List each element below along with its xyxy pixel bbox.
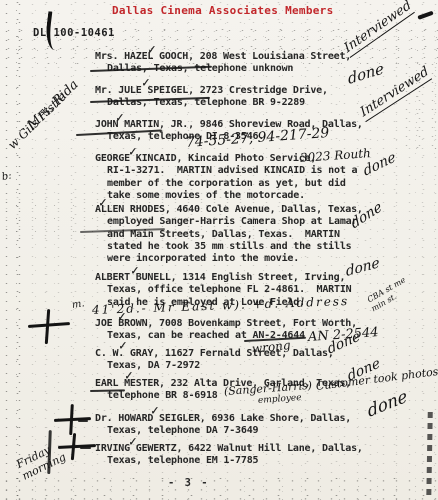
member-entry-rhodes: ALLEN RHODES, 4640 Cole Avenue, Dallas, … <box>95 204 363 265</box>
entry-line: Texas, telephone DA 7-3649 <box>107 425 351 437</box>
handwritten-done-note: done <box>347 59 385 88</box>
handwritten-margin-mark: m. <box>71 298 85 311</box>
check-mark-icon: ✓ <box>97 197 107 209</box>
handwritten-margin-mark: b: <box>1 170 13 183</box>
check-mark-icon: ✓ <box>114 112 124 124</box>
page-title: Dallas Cinema Associates Members <box>112 4 334 17</box>
pen-dash-mark <box>78 420 88 422</box>
handwritten-margin-scrawl: w Gils Fistle <box>5 90 69 152</box>
pen-cross-mark <box>45 309 50 344</box>
entry-line: employed Sanger-Harris Camera Shop at La… <box>107 216 363 228</box>
entry-line: Mrs. HAZEL GOOCH, 208 West Louisiana Str… <box>95 51 351 63</box>
check-mark-icon: ✓ <box>127 146 137 158</box>
check-mark-icon: ✓ <box>140 77 150 89</box>
scanned-document-page: Dallas Cinema Associates Members DL 100-… <box>0 0 438 500</box>
file-number: DL 100-10461 <box>33 27 115 39</box>
check-mark-icon: ✓ <box>129 265 139 277</box>
paper-noise-band-bottom <box>0 476 438 500</box>
check-mark-icon: ✓ <box>146 44 156 56</box>
member-entry-gray: C. W. GRAY, 11627 Fernald Street, Dallas… <box>95 348 334 373</box>
entry-line: Dr. HOWARD SEIGLER, 6936 Lake Shore, Dal… <box>95 413 351 425</box>
paper-noise-left-edge <box>0 0 22 500</box>
check-mark-icon: ✓ <box>127 436 137 448</box>
entry-line: stated he took 35 mm stills and the stil… <box>107 241 363 253</box>
entry-line: Texas, telephone EM 1-7785 <box>107 455 363 467</box>
check-mark-icon: ✓ <box>117 340 127 352</box>
pen-cross-mark <box>28 322 70 327</box>
scanner-edge-smudge <box>426 412 433 500</box>
member-entry-speigel: Mr. JULE SPEIGEL, 2723 Crestridge Drive,… <box>95 85 328 110</box>
pen-stroke-mark <box>44 11 65 51</box>
entry-line: Mr. JULE SPEIGEL, 2723 Crestridge Drive, <box>95 85 328 97</box>
member-entry-seigler: Dr. HOWARD SEIGLER, 6936 Lake Shore, Dal… <box>95 413 351 438</box>
check-mark-icon: ✓ <box>123 370 133 382</box>
handwritten-employer-note: employee <box>258 393 302 406</box>
entry-line: RI-1-3271. MARTIN advised KINCAID is not… <box>107 165 357 177</box>
handwritten-done-note: done <box>366 386 409 422</box>
handwritten-street-address: 3023 Routh <box>300 146 372 165</box>
entry-line: ALLEN RHODES, 4640 Cole Avenue, Dallas, … <box>95 204 363 216</box>
entry-line: member of the corporation as yet, but di… <box>107 178 357 190</box>
entry-line: take some movies of the motorcade. <box>107 190 357 202</box>
member-entry-gooch: Mrs. HAZEL GOOCH, 208 West Louisiana Str… <box>95 51 351 76</box>
check-mark-icon: ✓ <box>149 405 159 417</box>
entry-line: were incorporated into the movie. <box>107 253 363 265</box>
pen-dash-mark <box>80 447 91 449</box>
pen-dash-mark <box>417 11 433 20</box>
page-number: - 3 - <box>168 477 210 489</box>
entry-line: C. W. GRAY, 11627 Fernald Street, Dallas… <box>95 348 334 360</box>
handwritten-interviewed-note: Interviewed <box>342 0 415 58</box>
entry-line: Texas, DA 7-2972 <box>107 360 334 372</box>
